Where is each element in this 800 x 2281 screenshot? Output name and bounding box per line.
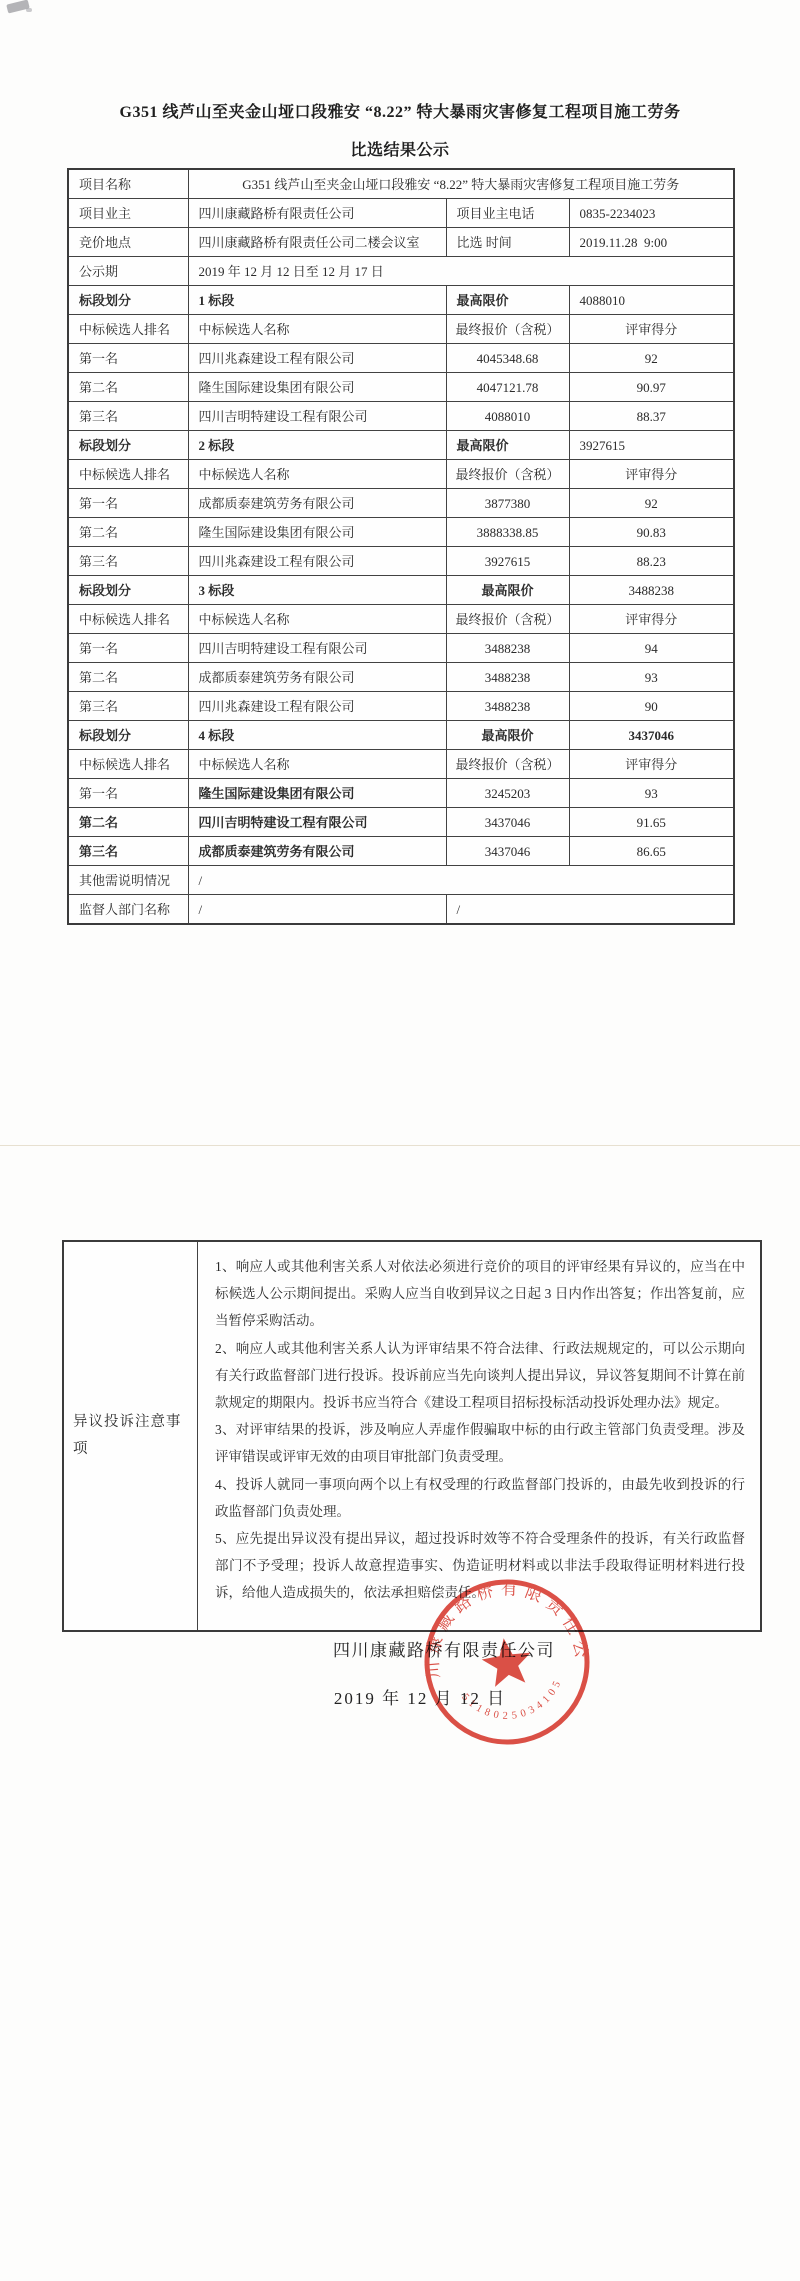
table-cell: 中标候选人名称 [188, 315, 446, 344]
row-label-cell: 第一名 [68, 489, 188, 518]
table-cell: 成都质泰建筑劳务有限公司 [188, 663, 446, 692]
table-cell: 88.37 [569, 402, 734, 431]
table-cell: 最终报价（含税） [446, 750, 569, 779]
table-row: 第三名四川兆森建设工程有限公司348823890 [68, 692, 734, 721]
table-cell: 3488238 [446, 634, 569, 663]
table-cell: 四川兆森建设工程有限公司 [188, 547, 446, 576]
table-cell: 4088010 [569, 286, 734, 315]
row-label-cell: 项目名称 [68, 169, 188, 199]
table-cell: 90.83 [569, 518, 734, 547]
table-cell: 3888338.85 [446, 518, 569, 547]
row-label-cell: 第二名 [68, 663, 188, 692]
table-cell: 3488238 [446, 663, 569, 692]
table-cell: 四川吉明特建设工程有限公司 [188, 808, 446, 837]
table-cell: 隆生国际建设集团有限公司 [188, 373, 446, 402]
table-cell: 3927615 [569, 431, 734, 460]
row-label-cell: 中标候选人排名 [68, 460, 188, 489]
row-label-cell: 中标候选人排名 [68, 605, 188, 634]
notice-label: 异议投诉注意事项 [64, 1242, 198, 1630]
table-cell: 2019.11.28 9:00 [569, 228, 734, 257]
table-cell: 四川吉明特建设工程有限公司 [188, 402, 446, 431]
table-row: 中标候选人排名中标候选人名称最终报价（含税）评审得分 [68, 750, 734, 779]
table-cell: / [188, 895, 446, 925]
table-cell: 最高限价 [446, 431, 569, 460]
row-label-cell: 竞价地点 [68, 228, 188, 257]
notice-paragraph: 3、对评审结果的投诉，涉及响应人弄虚作假骗取中标的由行政主管部门负责受理。涉及评… [215, 1416, 745, 1470]
row-label-cell: 标段划分 [68, 431, 188, 460]
table-row: 中标候选人排名中标候选人名称最终报价（含税）评审得分 [68, 460, 734, 489]
table-cell: / [446, 895, 734, 925]
table-row: 第二名隆生国际建设集团有限公司4047121.7890.97 [68, 373, 734, 402]
table-cell: 93 [569, 663, 734, 692]
dispute-notice-table: 异议投诉注意事项 1、响应人或其他利害关系人对依法必须进行竞价的项目的评审经果有… [62, 1240, 762, 1632]
table-row: 标段划分3 标段最高限价3488238 [68, 576, 734, 605]
table-cell: 3437046 [569, 721, 734, 750]
table-cell: 3245203 [446, 779, 569, 808]
row-label-cell: 中标候选人排名 [68, 750, 188, 779]
table-cell: 四川吉明特建设工程有限公司 [188, 634, 446, 663]
table-cell: 2 标段 [188, 431, 446, 460]
table-cell: / [188, 866, 734, 895]
table-cell: 最终报价（含税） [446, 460, 569, 489]
row-label-cell: 公示期 [68, 257, 188, 286]
table-row: 第二名隆生国际建设集团有限公司3888338.8590.83 [68, 518, 734, 547]
official-seal: 四川康藏路桥有限责任公司 5118025034105 [405, 1560, 608, 1763]
table-cell: 成都质泰建筑劳务有限公司 [188, 489, 446, 518]
table-cell: 3927615 [446, 547, 569, 576]
row-label-cell: 标段划分 [68, 576, 188, 605]
table-cell: 比选 时间 [446, 228, 569, 257]
row-label-cell: 第二名 [68, 808, 188, 837]
table-cell: 最终报价（含税） [446, 315, 569, 344]
document-title-line2: 比选结果公示 [0, 137, 800, 160]
table-cell: 90.97 [569, 373, 734, 402]
table-cell: 四川康藏路桥有限责任公司 [188, 199, 446, 228]
table-cell: 1 标段 [188, 286, 446, 315]
table-cell: 4045348.68 [446, 344, 569, 373]
table-cell: 评审得分 [569, 750, 734, 779]
row-label-cell: 第一名 [68, 634, 188, 663]
table-row: 第一名隆生国际建设集团有限公司324520393 [68, 779, 734, 808]
table-cell: G351 线芦山至夹金山垭口段雅安 “8.22” 特大暴雨灾害修复工程项目施工劳… [188, 169, 734, 199]
table-cell: 项目业主电话 [446, 199, 569, 228]
row-label-cell: 第二名 [68, 373, 188, 402]
scan-artifact [26, 8, 32, 12]
notice-paragraph: 1、响应人或其他利害关系人对依法必须进行竞价的项目的评审经果有异议的，应当在中标… [215, 1253, 745, 1335]
notice-paragraph: 2、响应人或其他利害关系人认为评审结果不符合法律、行政法规规定的，可以公示期向有… [215, 1335, 745, 1417]
table-cell: 92 [569, 344, 734, 373]
table-row: 第三名四川兆森建设工程有限公司392761588.23 [68, 547, 734, 576]
table-row: 其他需说明情况/ [68, 866, 734, 895]
table-row: 第二名成都质泰建筑劳务有限公司348823893 [68, 663, 734, 692]
table-row: 监督人部门名称// [68, 895, 734, 925]
seal-star-icon [479, 1635, 534, 1688]
table-row: 竞价地点四川康藏路桥有限责任公司二楼会议室比选 时间2019.11.28 9:0… [68, 228, 734, 257]
table-row: 第二名四川吉明特建设工程有限公司343704691.65 [68, 808, 734, 837]
seal-number-text: 5118025034105 [458, 1679, 567, 1729]
row-label-cell: 第三名 [68, 692, 188, 721]
notice-paragraph: 4、投诉人就同一事项向两个以上有权受理的行政监督部门投诉的，由最先收到投诉的行政… [215, 1471, 745, 1525]
table-row: 中标候选人排名中标候选人名称最终报价（含税）评审得分 [68, 315, 734, 344]
table-row: 项目业主四川康藏路桥有限责任公司项目业主电话0835-2234023 [68, 199, 734, 228]
table-cell: 3488238 [569, 576, 734, 605]
table-row: 第一名四川吉明特建设工程有限公司348823894 [68, 634, 734, 663]
row-label-cell: 第二名 [68, 518, 188, 547]
table-cell: 评审得分 [569, 460, 734, 489]
table-cell: 88.23 [569, 547, 734, 576]
table-cell: 评审得分 [569, 315, 734, 344]
row-label-cell: 第三名 [68, 837, 188, 866]
table-cell: 中标候选人名称 [188, 605, 446, 634]
table-cell: 3877380 [446, 489, 569, 518]
table-cell: 中标候选人名称 [188, 460, 446, 489]
table-cell: 4 标段 [188, 721, 446, 750]
signature-date: 2019 年 12 月 12 日 [0, 1684, 800, 1709]
table-row: 第一名四川兆森建设工程有限公司4045348.6892 [68, 344, 734, 373]
table-cell: 隆生国际建设集团有限公司 [188, 779, 446, 808]
page-divider [0, 1145, 800, 1146]
table-cell: 92 [569, 489, 734, 518]
document-title-line1: G351 线芦山至夹金山垭口段雅安 “8.22” 特大暴雨灾害修复工程项目施工劳… [0, 99, 800, 122]
table-cell: 评审得分 [569, 605, 734, 634]
table-cell: 成都质泰建筑劳务有限公司 [188, 837, 446, 866]
table-row: 公示期2019 年 12 月 12 日至 12 月 17 日 [68, 257, 734, 286]
table-row: 第三名四川吉明特建设工程有限公司408801088.37 [68, 402, 734, 431]
table-row: 标段划分1 标段最高限价4088010 [68, 286, 734, 315]
table-row: 第三名成都质泰建筑劳务有限公司343704686.65 [68, 837, 734, 866]
table-cell: 3437046 [446, 808, 569, 837]
row-label-cell: 第三名 [68, 402, 188, 431]
table-cell: 0835-2234023 [569, 199, 734, 228]
table-row: 标段划分2 标段最高限价3927615 [68, 431, 734, 460]
table-cell: 四川康藏路桥有限责任公司二楼会议室 [188, 228, 446, 257]
row-label-cell: 中标候选人排名 [68, 315, 188, 344]
table-cell: 3437046 [446, 837, 569, 866]
signature-company: 四川康藏路桥有限责任公司 [0, 1636, 800, 1661]
row-label-cell: 标段划分 [68, 721, 188, 750]
table-cell: 90 [569, 692, 734, 721]
table-cell: 4047121.78 [446, 373, 569, 402]
notice-content: 1、响应人或其他利害关系人对依法必须进行竞价的项目的评审经果有异议的，应当在中标… [198, 1242, 760, 1630]
row-label-cell: 监督人部门名称 [68, 895, 188, 925]
table-row: 中标候选人排名中标候选人名称最终报价（含税）评审得分 [68, 605, 734, 634]
table-cell: 91.65 [569, 808, 734, 837]
row-label-cell: 第一名 [68, 779, 188, 808]
row-label-cell: 第三名 [68, 547, 188, 576]
table-cell: 2019 年 12 月 12 日至 12 月 17 日 [188, 257, 734, 286]
table-cell: 94 [569, 634, 734, 663]
table-cell: 四川兆森建设工程有限公司 [188, 692, 446, 721]
table-cell: 最高限价 [446, 721, 569, 750]
table-cell: 隆生国际建设集团有限公司 [188, 518, 446, 547]
table-cell: 最高限价 [446, 576, 569, 605]
table-cell: 4088010 [446, 402, 569, 431]
scanned-document: G351 线芦山至夹金山垭口段雅安 “8.22” 特大暴雨灾害修复工程项目施工劳… [0, 0, 800, 2281]
table-cell: 3 标段 [188, 576, 446, 605]
row-label-cell: 标段划分 [68, 286, 188, 315]
bid-result-table: 项目名称G351 线芦山至夹金山垭口段雅安 “8.22” 特大暴雨灾害修复工程项… [67, 168, 735, 925]
table-cell: 最高限价 [446, 286, 569, 315]
table-row: 标段划分4 标段最高限价3437046 [68, 721, 734, 750]
table-row: 项目名称G351 线芦山至夹金山垭口段雅安 “8.22” 特大暴雨灾害修复工程项… [68, 169, 734, 199]
table-cell: 3488238 [446, 692, 569, 721]
table-cell: 四川兆森建设工程有限公司 [188, 344, 446, 373]
table-cell: 中标候选人名称 [188, 750, 446, 779]
row-label-cell: 其他需说明情况 [68, 866, 188, 895]
table-cell: 93 [569, 779, 734, 808]
row-label-cell: 项目业主 [68, 199, 188, 228]
table-row: 第一名成都质泰建筑劳务有限公司387738092 [68, 489, 734, 518]
table-cell: 最终报价（含税） [446, 605, 569, 634]
row-label-cell: 第一名 [68, 344, 188, 373]
table-cell: 86.65 [569, 837, 734, 866]
